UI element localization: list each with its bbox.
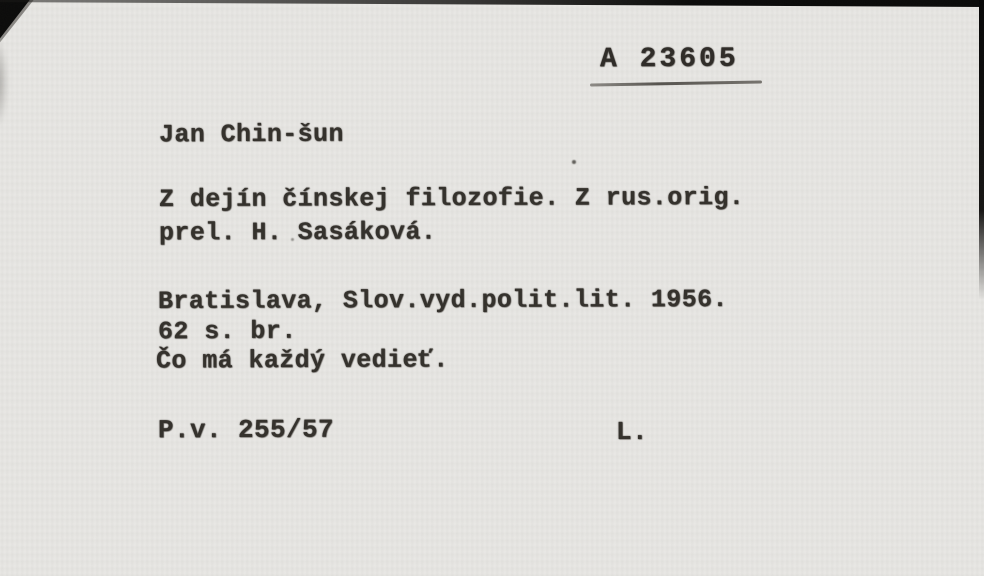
scan-edge-right (979, 0, 984, 300)
scan-edge-top (0, 0, 984, 7)
title-line-2: prel. H. Sasáková. (159, 220, 436, 246)
call-number: A 23605 (600, 46, 739, 74)
paper-speck (572, 160, 576, 164)
author-heading: Jan Chin-šun (159, 122, 344, 148)
catalog-card-scan: A 23605 Jan Chin-šun Z dejín čínskej fil… (0, 0, 984, 576)
call-number-underline (590, 80, 762, 86)
cataloguer-initial: L. (616, 419, 648, 445)
imprint-line: Bratislava, Slov.vyd.polit.lit. 1956. (158, 287, 728, 314)
series-note: Čo má každý vedieť. (156, 347, 449, 373)
accession-number: P.v. 255/57 (158, 417, 334, 444)
collation-line: 62 s. br. (158, 319, 297, 344)
scan-left-smudge (0, 35, 9, 130)
title-line-1: Z dejín čínskej filozofie. Z rus.orig. (159, 185, 744, 212)
